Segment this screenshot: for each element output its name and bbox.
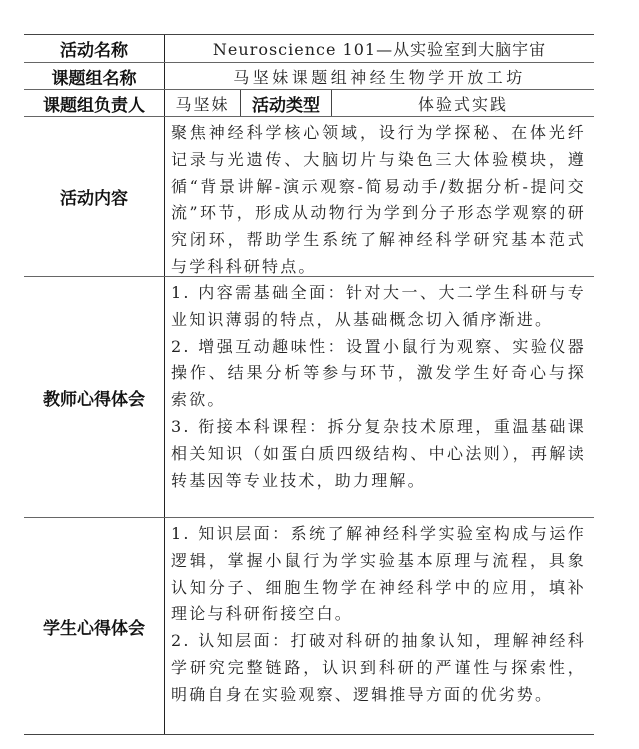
row-student-reflection: 学生心得体会 1. 知识层面：系统了解神经科学实验室构成与运作逻辑，掌握小鼠行为… [24,518,594,734]
row-activity-content: 活动内容 聚焦神经科学核心领域，设行为学探秘、在体光纤记录与光遗传、大脑切片与染… [24,117,594,277]
teacher-point-1: 1. 内容需基础全面：针对大一、大二学生科研与专业知识薄弱的特点，从基础概念切入… [171,280,586,334]
activity-type-value: 体验式实践 [332,90,594,116]
group-name-label: 课题组名称 [24,63,165,89]
activity-type-label: 活动类型 [241,90,332,116]
activity-content-label: 活动内容 [24,117,165,276]
content-paragraph: 聚焦神经科学核心领域，设行为学探秘、在体光纤记录与光遗传、大脑切片与染色三大体验… [171,120,586,281]
student-point-2: 2. 认知层面：打破对科研的抽象认知，理解神经科学研究完整链路，认识到科研的严谨… [171,628,586,708]
leader-value: 马坚妹 [165,90,241,116]
student-point-1: 1. 知识层面：系统了解神经科学实验室构成与运作逻辑，掌握小鼠行为学实验基本原理… [171,521,586,628]
teacher-reflection-label: 教师心得体会 [24,277,165,517]
teacher-point-2: 2. 增强互动趣味性：设置小鼠行为观察、实验仪器操作、结果分析等参与环节，激发学… [171,334,586,414]
group-name-value: 马坚妹课题组神经生物学开放工坊 [165,63,594,89]
student-reflection-label: 学生心得体会 [24,518,165,734]
row-group-name: 课题组名称 马坚妹课题组神经生物学开放工坊 [24,63,594,90]
activity-name-value: Neuroscience 101—从实验室到大脑宇宙 [165,35,594,62]
row-activity-name: 活动名称 Neuroscience 101—从实验室到大脑宇宙 [24,35,594,63]
leader-label: 课题组负责人 [24,90,165,116]
row-leader: 课题组负责人 马坚妹 活动类型 体验式实践 [24,90,594,117]
activity-info-table: 活动名称 Neuroscience 101—从实验室到大脑宇宙 课题组名称 马坚… [24,34,594,735]
activity-content-text: 聚焦神经科学核心领域，设行为学探秘、在体光纤记录与光遗传、大脑切片与染色三大体验… [165,117,594,276]
activity-name-label: 活动名称 [24,35,165,62]
teacher-point-3: 3. 衔接本科课程：拆分复杂技术原理，重温基础课相关知识（如蛋白质四级结构、中心… [171,414,586,494]
student-reflection-text: 1. 知识层面：系统了解神经科学实验室构成与运作逻辑，掌握小鼠行为学实验基本原理… [165,518,594,734]
teacher-reflection-text: 1. 内容需基础全面：针对大一、大二学生科研与专业知识薄弱的特点，从基础概念切入… [165,277,594,517]
row-teacher-reflection: 教师心得体会 1. 内容需基础全面：针对大一、大二学生科研与专业知识薄弱的特点，… [24,277,594,518]
